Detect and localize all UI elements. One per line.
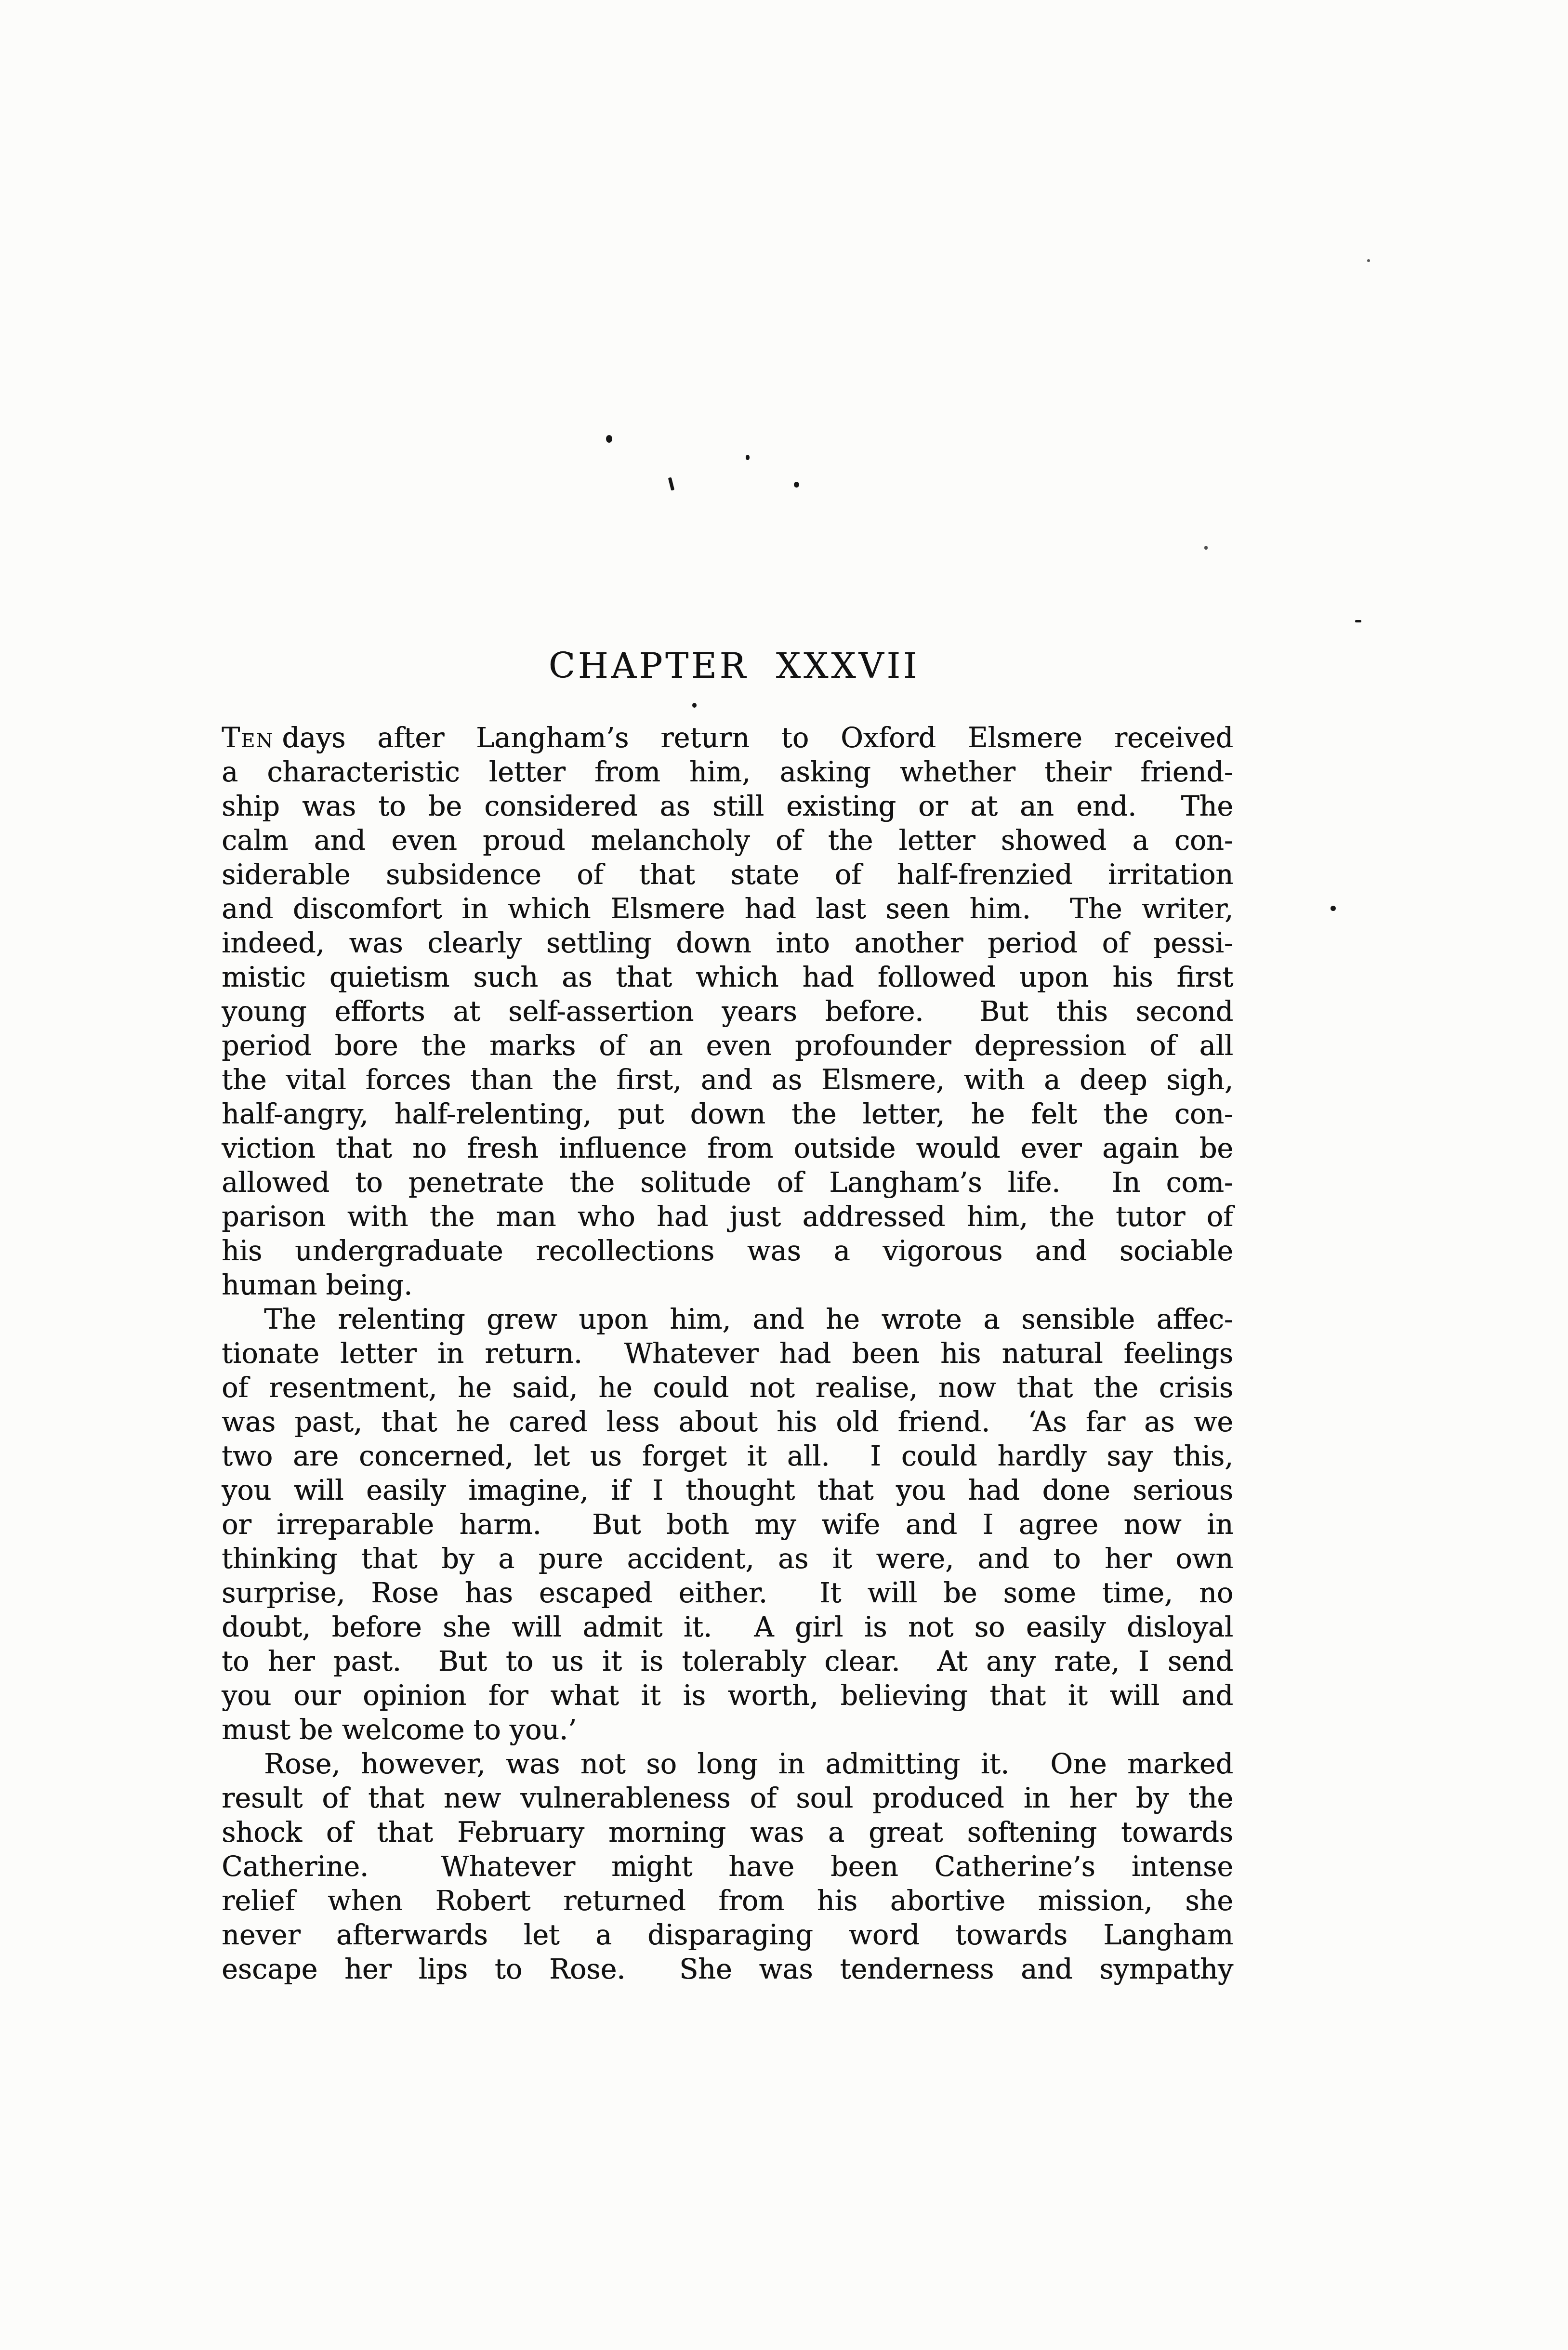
ink-speck: [746, 455, 750, 460]
text-line: period bore the marks of an even profoun…: [222, 1029, 1233, 1063]
text-line: indeed, was clearly settling down into a…: [222, 926, 1233, 961]
book-page: CHAPTER XXXVII Tendays after Langham’s r…: [0, 0, 1568, 2350]
text-line: surprise, Rose has escaped either. It wi…: [222, 1576, 1233, 1611]
ink-speck: [794, 482, 799, 488]
paragraph: The relenting grew upon him, and he wrot…: [222, 1303, 1233, 1747]
text-line: a characteristic letter from him, asking…: [222, 755, 1233, 790]
ink-speck: [1355, 620, 1361, 622]
text-line: siderable subsidence of that state of ha…: [222, 858, 1233, 892]
lead-word-smallcaps: Ten: [222, 722, 274, 754]
text-line: half-angry, half-relenting, put down the…: [222, 1097, 1233, 1132]
text-line: to her past. But to us it is tolerably c…: [222, 1645, 1233, 1679]
text-line-rest: days after Langham’s return to Oxford El…: [282, 722, 1233, 754]
paragraph: Rose, however, was not so long in admitt…: [222, 1747, 1233, 1987]
text-line: his undergraduate recollections was a vi…: [222, 1234, 1233, 1268]
text-line: relief when Robert returned from his abo…: [222, 1884, 1233, 1918]
text-line: you our opinion for what it is worth, be…: [222, 1679, 1233, 1713]
text-line: escape her lips to Rose. She was tendern…: [222, 1953, 1233, 1987]
text-line: never afterwards let a disparaging word …: [222, 1918, 1233, 1953]
text-line: viction that no fresh influence from out…: [222, 1132, 1233, 1166]
text-line: tionate letter in return. Whatever had b…: [222, 1337, 1233, 1371]
text-line: Catherine. Whatever might have been Cath…: [222, 1850, 1233, 1884]
text-line: shock of that February morning was a gre…: [222, 1816, 1233, 1850]
text-line: thinking that by a pure accident, as it …: [222, 1542, 1233, 1576]
text-line: allowed to penetrate the solitude of Lan…: [222, 1166, 1233, 1200]
text-line: the vital forces than the first, and as …: [222, 1063, 1233, 1097]
ink-speck: [606, 435, 612, 443]
text-line: human being.: [222, 1268, 1233, 1303]
ink-speck: [1367, 259, 1370, 262]
ink-speck: [1204, 546, 1208, 550]
text-line: or irreparable harm. But both my wife an…: [222, 1508, 1233, 1542]
text-line: parison with the man who had just addres…: [222, 1200, 1233, 1234]
text-line: ship was to be considered as still exist…: [222, 790, 1233, 824]
text-line: Tendays after Langham’s return to Oxford…: [222, 721, 1233, 755]
text-line: Rose, however, was not so long in admitt…: [222, 1747, 1233, 1782]
text-line: must be welcome to you.’: [222, 1713, 1233, 1747]
ink-speck: [692, 703, 697, 708]
text-line: you will easily imagine, if I thought th…: [222, 1474, 1233, 1508]
text-line: result of that new vulnerableness of sou…: [222, 1782, 1233, 1816]
paragraph: Tendays after Langham’s return to Oxford…: [222, 721, 1233, 1303]
ink-speck: [668, 477, 674, 491]
chapter-heading: CHAPTER XXXVII: [222, 646, 1233, 686]
text-line: was past, that he cared less about his o…: [222, 1405, 1233, 1439]
text-line: mistic quietism such as that which had f…: [222, 961, 1233, 995]
text-line: of resentment, he said, he could not rea…: [222, 1371, 1233, 1405]
text-line: calm and even proud melancholy of the le…: [222, 824, 1233, 858]
text-line: two are concerned, let us forget it all.…: [222, 1439, 1233, 1474]
text-line: young efforts at self-assertion years be…: [222, 995, 1233, 1029]
text-line: The relenting grew upon him, and he wrot…: [222, 1303, 1233, 1337]
body-text: Tendays after Langham’s return to Oxford…: [222, 721, 1233, 1987]
text-line: doubt, before she will admit it. A girl …: [222, 1611, 1233, 1645]
ink-speck: [1331, 906, 1336, 911]
text-line: and discomfort in which Elsmere had last…: [222, 892, 1233, 926]
